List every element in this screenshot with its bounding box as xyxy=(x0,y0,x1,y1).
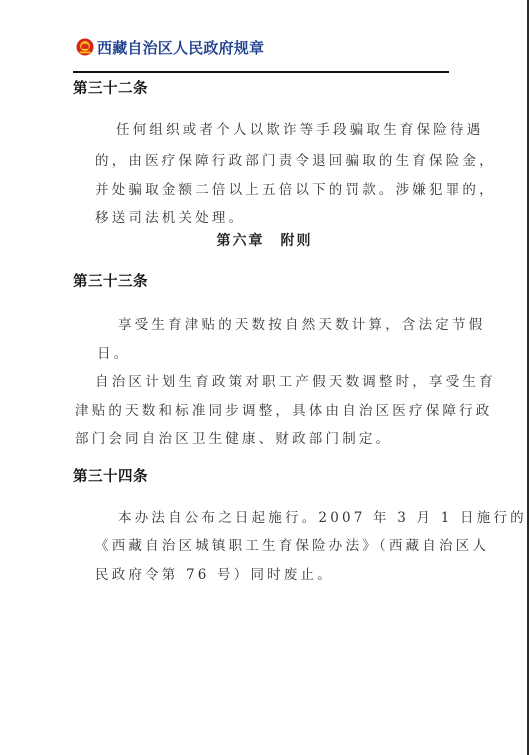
national-emblem-icon xyxy=(76,38,94,56)
document-header: 西藏自治区人民政府规章 xyxy=(76,36,264,58)
paragraph-line: 享受生育津贴的天数按自然天数计算，含法定节假 xyxy=(118,313,485,333)
paragraph-line: 《西藏自治区城镇职工生育保险办法》（西藏自治区人 xyxy=(95,534,489,554)
paragraph-line: 津贴的天数和标准同步调整，具体由自治区医疗保障行政 xyxy=(75,399,493,419)
article-title: 第三十二条 xyxy=(73,77,148,98)
header-divider xyxy=(73,71,449,73)
chapter-name: 附则 xyxy=(281,233,313,249)
paragraph-line: 自治区计划生育政策对职工产假天数调整时，享受生育 xyxy=(95,370,496,390)
paragraph-line: 移送司法机关处理。 xyxy=(95,206,245,226)
chapter-title: 第六章附则 xyxy=(0,230,529,250)
paragraph-line: 本办法自公布之日起施行。2007 年 3 月 1 日施行的 xyxy=(118,506,527,526)
chapter-number: 第六章 xyxy=(217,233,265,249)
paragraph-line: 任何组织或者个人以欺诈等手段骗取生育保险待遇 xyxy=(116,118,483,138)
paragraph-line: 日。 xyxy=(97,342,130,362)
article-title: 第三十三条 xyxy=(73,270,148,291)
paragraph-line: 民政府令第 76 号）同时废止。 xyxy=(95,563,334,583)
paragraph-line: 并处骗取金额二倍以上五倍以下的罚款。涉嫌犯罪的， xyxy=(95,178,496,198)
article-title: 第三十四条 xyxy=(73,465,148,486)
paragraph-line: 的，由医疗保障行政部门责令退回骗取的生育保险金， xyxy=(95,149,496,169)
paragraph-line: 部门会同自治区卫生健康、财政部门制定。 xyxy=(75,427,392,447)
header-title: 西藏自治区人民政府规章 xyxy=(97,37,264,58)
